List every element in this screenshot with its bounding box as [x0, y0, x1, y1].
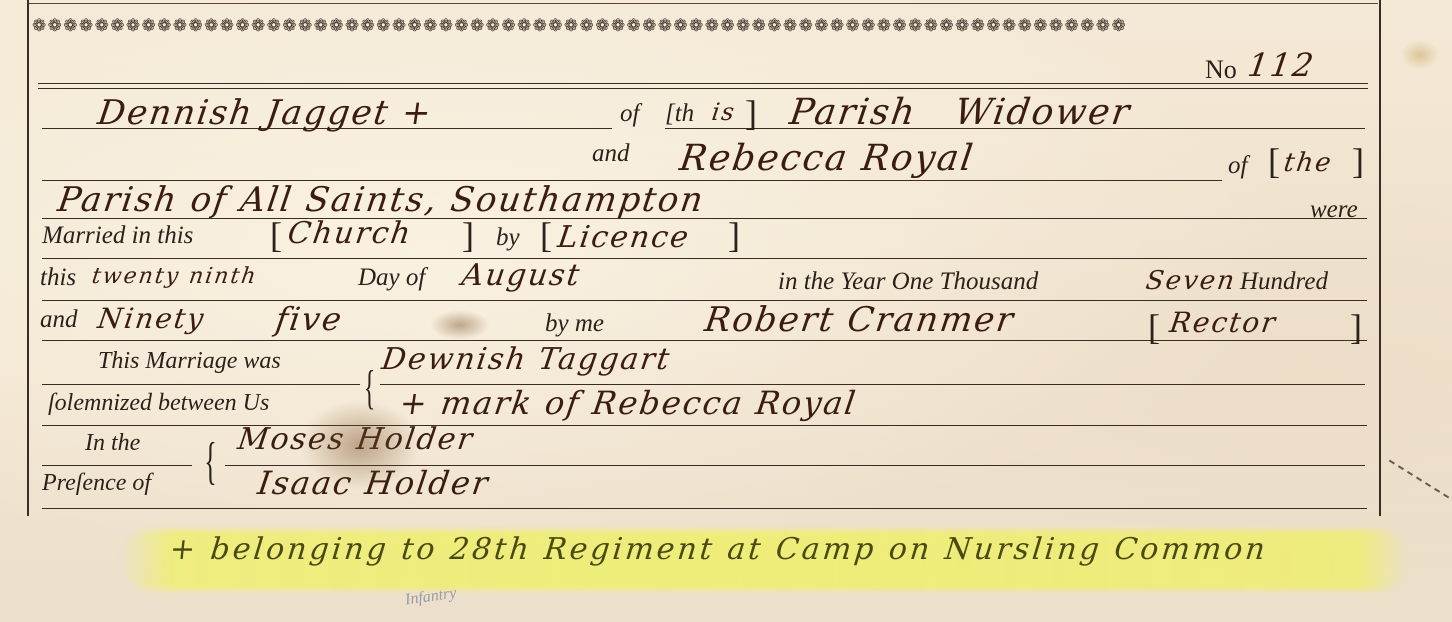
groom-signature: Dewnish Taggart [380, 342, 674, 377]
year-tens: Ninety [96, 302, 208, 335]
groom-status: Widower [952, 92, 1134, 133]
ruled-line [42, 258, 1367, 259]
entry-number-label: No [1205, 55, 1237, 85]
printed-and-2: and [40, 306, 78, 334]
printed-of: of [620, 100, 639, 128]
printed-hundred: Hundred [1240, 268, 1328, 296]
groom-parish-fill: is [710, 98, 738, 126]
marriage-place: Church [286, 216, 415, 251]
year-hundreds: Seven [1144, 266, 1238, 296]
bracket-close: ] [1352, 140, 1364, 182]
printed-solemnized-between-us: ſolemnized between Us [48, 390, 269, 417]
printed-married-in-this: Married in this [42, 222, 193, 250]
groom-name: Dennish Jagget + [95, 93, 435, 133]
ruled-line [42, 508, 1367, 509]
bride-name: Rebecca Royal [677, 138, 977, 179]
printed-this: this [40, 264, 76, 292]
printed-in-the: In the [85, 430, 140, 457]
printed-this-marriage-was: This Marriage was [98, 348, 281, 375]
bride-signature: + mark of Rebecca Royal [397, 384, 859, 422]
bracket-open: [ [1148, 306, 1160, 348]
marriage-month: August [460, 258, 584, 293]
ruled-line [42, 465, 192, 466]
brace-witnesses: { [204, 432, 216, 491]
bracket-close: ] [728, 214, 740, 256]
margin-mark [1389, 460, 1449, 499]
printed-were: were [1310, 196, 1358, 224]
year-units: five [273, 300, 345, 338]
bracket-open: [ [270, 214, 282, 256]
top-rule [29, 3, 1378, 4]
printed-and: and [592, 140, 630, 168]
bracket-open: [ [1268, 140, 1280, 182]
bracket-close: ] [1350, 306, 1362, 348]
groom-parish: Parish [787, 92, 919, 133]
ornamental-border: ❁❁❁❁❁❁❁❁❁❁❁❁❁❁❁❁❁❁❁❁❁❁❁❁❁❁❁❁❁❁❁❁❁❁❁❁❁❁❁❁… [32, 16, 1372, 38]
printed-of-2: of [1228, 152, 1247, 180]
officiant-name: Robert Cranmer [702, 300, 1017, 340]
ruled-line [38, 83, 1368, 84]
printed-presence-of: Preſence of [42, 470, 151, 497]
printed-bracket-this: [th [665, 100, 694, 128]
bride-parish-fill: the [1282, 148, 1335, 178]
bracket-open: [ [540, 214, 552, 256]
entry-number: 112 [1245, 46, 1317, 84]
printed-by: by [496, 224, 520, 252]
ink-stain [430, 310, 490, 340]
officiant-title: Rector [1168, 306, 1279, 339]
ruled-line [42, 340, 1367, 341]
printed-in-the-year: in the Year One Thousand [778, 268, 1038, 296]
marriage-day: twenty ninth [90, 264, 259, 289]
bracket-close: ] [462, 214, 474, 256]
bride-parish: Parish of All Saints, Southampton [55, 180, 707, 220]
printed-day-of: Day of [358, 264, 425, 292]
bracket-close: ] [745, 92, 757, 134]
ruled-line [42, 300, 1367, 301]
ink-stain [300, 400, 420, 490]
paper-stain [1400, 40, 1440, 70]
annotation-text: + belonging to 28th Regiment at Camp on … [168, 532, 1269, 567]
register-page: ❁❁❁❁❁❁❁❁❁❁❁❁❁❁❁❁❁❁❁❁❁❁❁❁❁❁❁❁❁❁❁❁❁❁❁❁❁❁❁❁… [0, 0, 1452, 622]
ruled-line [38, 88, 1368, 89]
ruled-line [42, 384, 360, 385]
printed-by-me: by me [545, 310, 604, 338]
marriage-method: Licence [556, 220, 693, 255]
